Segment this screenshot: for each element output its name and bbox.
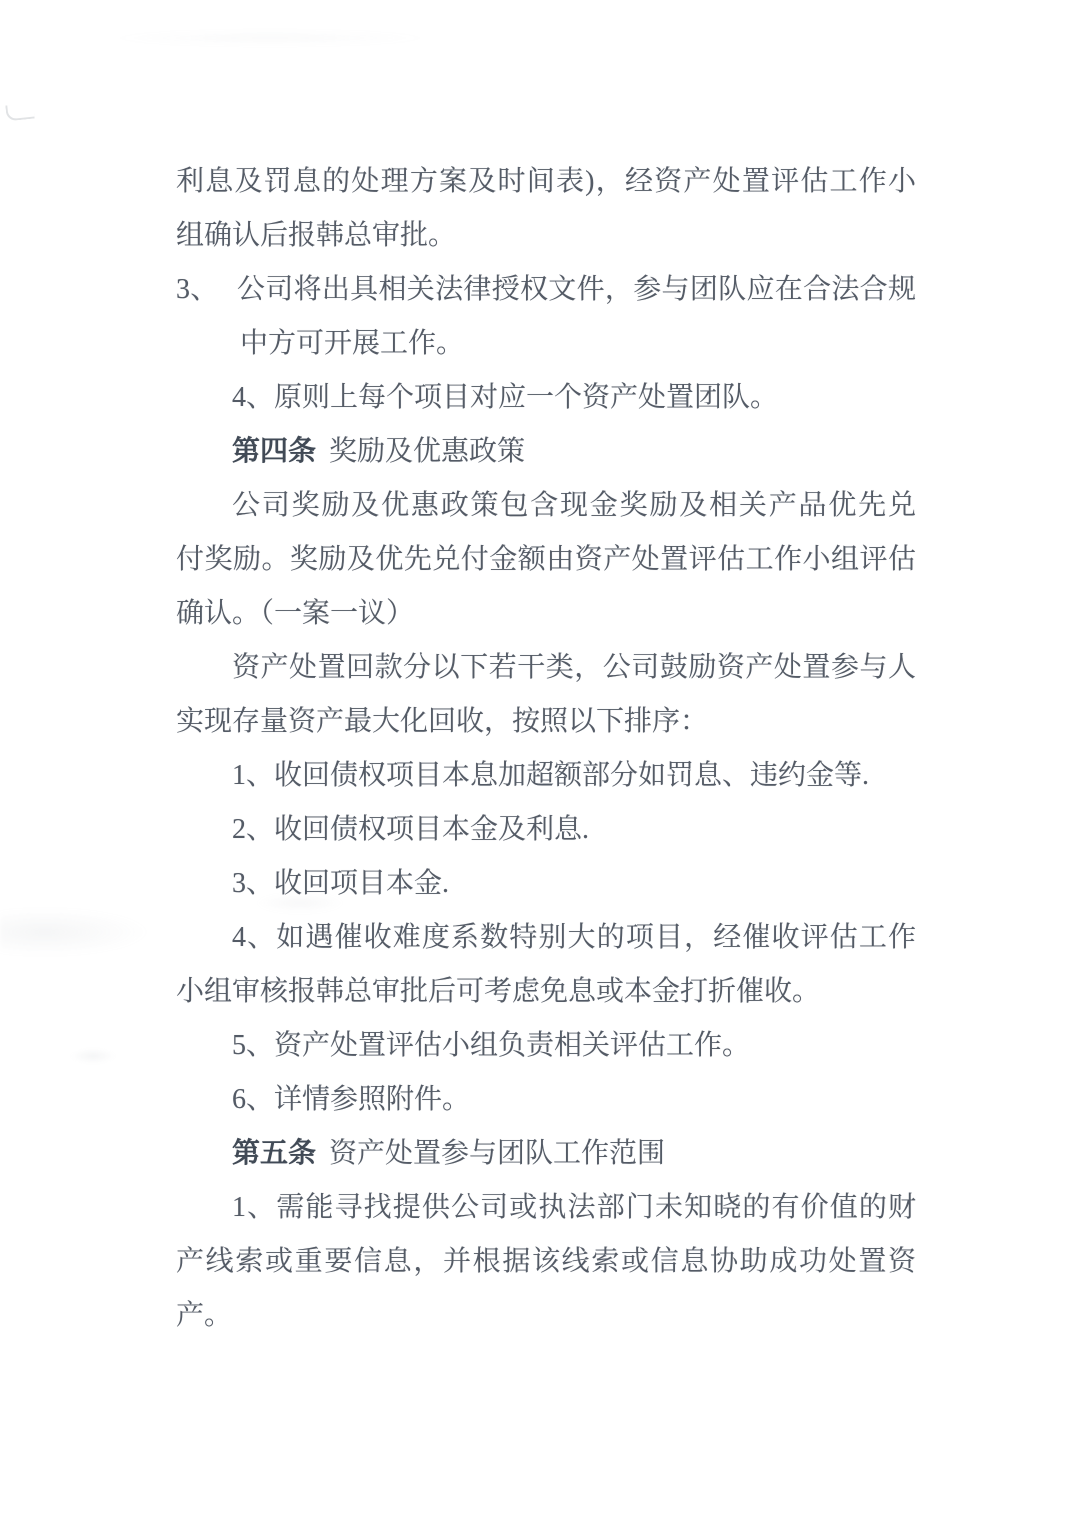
section-heading: 第五条资产处置参与团队工作范围 [176, 1127, 916, 1181]
text-line: 公司奖励及优惠政策包含现金奖励及相关产品优先兑 [176, 479, 916, 533]
text-line: 产线索或重要信息，并根据该线索或信息协助成功处置资 [176, 1235, 916, 1289]
scan-artifact [5, 103, 35, 122]
text-line: 组确认后报韩总审批。 [176, 209, 916, 263]
heading-label: 第五条 [232, 1138, 316, 1169]
text-line: 中方可开展工作。 [176, 317, 916, 371]
text-line: 6、详情参照附件。 [176, 1073, 916, 1127]
text-run: 公司将出具相关法律授权文件，参与团队应在合法合规 [237, 274, 916, 305]
text-line: 1、收回债权项目本息加超额部分如罚息、违约金等. [176, 749, 916, 803]
text-line: 4、原则上每个项目对应一个资产处置团队。 [176, 371, 916, 425]
text-line: 利息及罚息的处理方案及时间表)，经资产处置评估工作小 [176, 155, 916, 209]
text-line: 4、如遇催收难度系数特别大的项目，经催收评估工作 [176, 911, 916, 965]
text-line: 1、需能寻找提供公司或执法部门未知晓的有价值的财 [176, 1181, 916, 1235]
document-body: 利息及罚息的处理方案及时间表)，经资产处置评估工作小组确认后报韩总审批。3、公司… [176, 155, 916, 1343]
text-run: 3、 [176, 274, 219, 305]
spacer [316, 1161, 329, 1162]
text-run: 奖励及优惠政策 [329, 436, 525, 467]
text-line: 付奖励。奖励及优先兑付金额由资产处置评估工作小组评估 [176, 533, 916, 587]
spacer [316, 459, 329, 460]
text-line: 确认。（一案一议） [176, 587, 916, 641]
text-run: 资产处置参与团队工作范围 [329, 1138, 665, 1169]
text-line: 5、资产处置评估小组负责相关评估工作。 [176, 1019, 916, 1073]
text-line: 小组审核报韩总审批后可考虑免息或本金打折催收。 [176, 965, 916, 1019]
scan-artifact [0, 908, 150, 956]
heading-label: 第四条 [232, 436, 316, 467]
section-heading: 第四条奖励及优惠政策 [176, 425, 916, 479]
text-line: 产。 [176, 1289, 916, 1343]
text-line: 实现存量资产最大化回收，按照以下排序： [176, 695, 916, 749]
text-line: 3、收回项目本金. [176, 857, 916, 911]
spacer [219, 297, 237, 298]
text-line: 3、公司将出具相关法律授权文件，参与团队应在合法合规 [176, 263, 916, 317]
scan-artifact [70, 1048, 116, 1064]
scanned-document-page: 利息及罚息的处理方案及时间表)，经资产处置评估工作小组确认后报韩总审批。3、公司… [0, 0, 1080, 1527]
text-line: 2、收回债权项目本金及利息. [176, 803, 916, 857]
scan-artifact [110, 30, 430, 46]
text-line: 资产处置回款分以下若干类，公司鼓励资产处置参与人 [176, 641, 916, 695]
